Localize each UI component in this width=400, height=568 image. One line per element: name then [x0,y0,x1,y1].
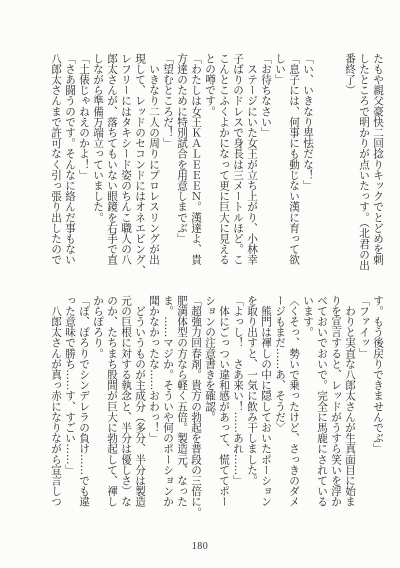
text-column: す。もう後戻りできませんでぶ」 [371,295,385,513]
text-column: 元の巨根に対する執念と、半分は優しさ）な [119,295,133,513]
text-column: したところで明かりが点いたっす。（北君の出 [357,53,371,269]
text-column: しながら準備万端立っていました。 [91,53,105,269]
text-column: のか、たちまち股間が巨大に勃起して、褌し [105,295,119,513]
text-column: 熊門は褌しの中に隠しておいたポーション [259,295,273,513]
text-column: ションの注意書きを確認。 [203,295,217,513]
text-column: たもや親父豪快二回捻りキックでとどめを刺 [371,53,385,269]
text-column: ま。……マジか。そういや何のポーションか [161,295,175,513]
text-column: 番終了） [343,53,357,269]
text-column: 「よっし！ さあ来い！……あれ……」 [231,295,245,513]
blank-column [329,53,343,269]
text-column: との噂です。 [203,53,217,269]
page-number: 180 [0,541,400,552]
text-column: います。 [301,295,315,513]
text-column: 子ばりのドレスで身長は三メートルほど。こ [231,53,245,269]
text-column: りを宣言すると、レッドがうすら笑いを浮か [329,295,343,513]
text-column: いきなり二人の周りにプロレスリングが出 [147,53,161,269]
text-column: べておいでおいで。完全に馬鹿にされている [315,295,329,513]
text-column: 〈くそっ、勢いで乗ったけど、さっきのダメ [287,295,301,513]
text-column: どういうものが主成分（多分、半分は製造 [133,295,147,513]
text-column: ステージにいた女王が立ち上がり、小林幸 [245,53,259,269]
text-column: を取り出すと、一気に飲み干しました。 [245,295,259,513]
text-column: 「超強力回春剤。貴方の勃起を普段の三倍に。 [189,295,203,513]
book-page: たもや親父豪快二回捻りキックでとどめを刺 したところで明かりが点いたっす。（北君… [0,0,400,568]
text-column: 八郎太さんが真っ赤になりながら宣言しつ [49,295,63,513]
blank-column [315,53,329,269]
text-column: 「望むところだ！」 [161,53,175,269]
text-column: 「さあ闘うのです。そんなに絡んだ事もない [63,53,77,269]
text-column: った意味で勝ち……す、すごい……」 [63,295,77,513]
text-column: わりと実直な八郎太さんが生真面目に始ま [343,295,357,513]
text-column: 「ぽ、ぽろりでシンデレラの負け……でも違 [77,295,91,513]
text-column: しい」 [273,53,287,269]
lower-text-block: す。もう後戻りできませんでぶ」 「ファイッ」 わりと実直な八郎太さんが生真面目に… [49,295,385,513]
text-column: 「お待ちなさい」 [259,53,273,269]
text-column: 体にごっつい違和感があって、慌ててポー [217,295,231,513]
text-column: 聞かなかったな……おわっ！」 [147,295,161,513]
text-column: 現して、レッドのセコンドにはオネエビング、 [133,53,147,269]
text-column: 「息子には、何事にも動じない漢に育って欲 [287,53,301,269]
text-column: 「い、いきなり卑怯だな！」 [301,53,315,269]
text-column: 「ファイッ」 [357,295,371,513]
text-column: こんとこふくよかになって更に巨大に見える [217,53,231,269]
text-column: レフリーにはタキシード姿のちんこ職人の八 [119,53,133,269]
text-column: 八郎太さんまで許可なく引っ張り出したので [49,53,63,269]
text-column: からぽろり。 [91,295,105,513]
text-column: 「土俵じゃねえのかよ！」 [77,53,91,269]
text-column: ージもまだ……あ、そうだ〉 [273,295,287,513]
text-column: 肥満体型の方なら軽く五倍。製造元、なった [175,295,189,513]
text-column: 方達のために特別試合を用意しまでぶ」 [175,53,189,269]
text-column: 郎太さんが、落ちてもいない眼鏡を右手で直 [105,53,119,269]
upper-text-block: たもや親父豪快二回捻りキックでとどめを刺 したところで明かりが点いたっす。（北君… [49,53,385,269]
text-column: 「わたしは女王ＫＡＬＥＥＥＮ。漢達よ、貴 [189,53,203,269]
